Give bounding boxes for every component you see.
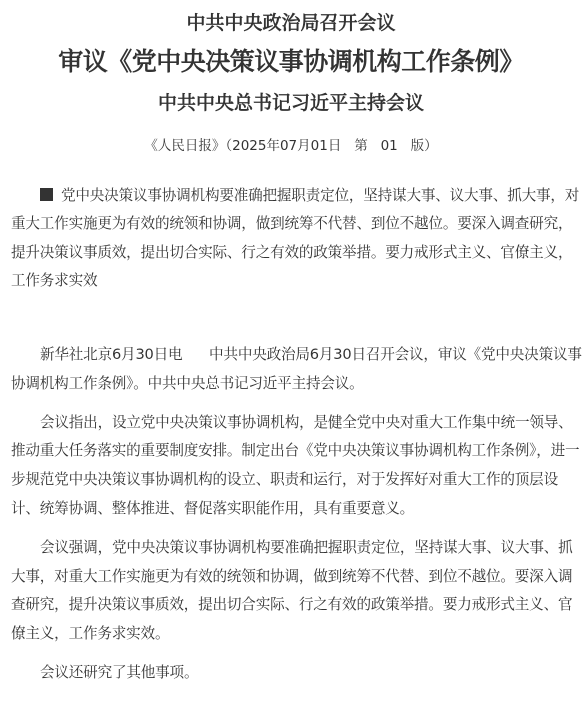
newspaper-name: 《人民日报》: [144, 138, 225, 154]
headline-subtitle: 中共中央总书记习近平主持会议: [0, 88, 582, 118]
paragraph: 会议还研究了其他事项。: [11, 659, 582, 688]
paragraph-lead: 新华社北京6月30日电 中共中央政治局6月30日召开会议，审议《党中央决策议事协…: [11, 341, 582, 399]
page-number: 01: [381, 138, 398, 154]
headline-main: 审议《党中央决策议事协调机构工作条例》: [0, 42, 582, 82]
page-suffix: 版）: [411, 138, 438, 154]
headline-kicker: 中共中央政治局召开会议: [0, 8, 582, 38]
source-line: 《人民日报》（2025年07月01日 第 01 版）: [0, 136, 582, 156]
publication-date: （2025年07月01日: [225, 138, 341, 154]
article-body: 新华社北京6月30日电 中共中央政治局6月30日召开会议，审议《党中央决策议事协…: [11, 341, 582, 698]
dateline: 新华社北京6月30日电: [40, 346, 182, 363]
summary-text: 党中央决策议事协调机构要准确把握职责定位，坚持谋大事、议大事、抓大事，对重大工作…: [11, 187, 579, 289]
page-prefix: 第: [354, 138, 368, 154]
paragraph: 会议强调，党中央决策议事协调机构要准确把握职责定位，坚持谋大事、议大事、抓大事，…: [11, 534, 582, 649]
black-square-icon: [40, 188, 53, 201]
article-header: 中共中央政治局召开会议 审议《党中央决策议事协调机构工作条例》 中共中央总书记习…: [0, 0, 582, 156]
paragraph: 会议指出，设立党中央决策议事协调机构，是健全党中央对重大工作集中统一领导、推动重…: [11, 409, 582, 524]
article-summary: 党中央决策议事协调机构要准确把握职责定位，坚持谋大事、议大事、抓大事，对重大工作…: [11, 182, 582, 295]
